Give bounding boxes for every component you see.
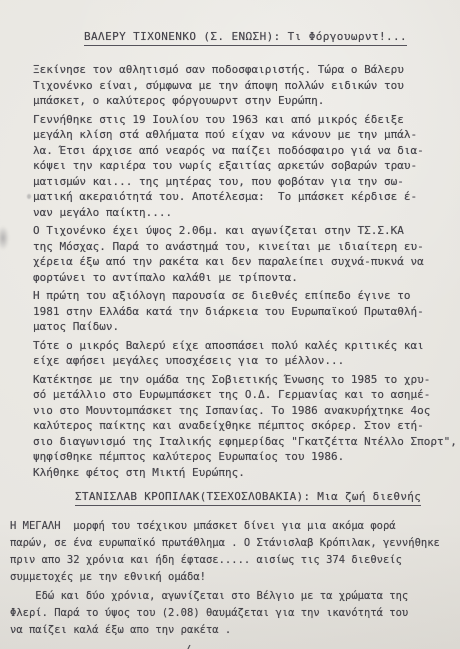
text-line: Γεννήθηκε στις 19 Ιουλίου του 1963 και α… [33, 112, 452, 128]
text-line: ματισμών και... της μητέρας του, που φοβ… [33, 174, 452, 190]
paragraph: Γεννήθηκε στις 19 Ιουλίου του 1963 και α… [33, 112, 452, 221]
text-line: συμμετοχές με την εθνική ομάδα! [10, 569, 456, 586]
section-tikhonenko-body: Ξεκίνησε τον αθλητισμό σαν ποδοσφαιριστή… [33, 62, 452, 480]
paragraph: Κατέκτησε με την ομάδα της Σοβιετικής Έν… [33, 372, 452, 481]
paragraph: Η πρώτη του αξιόλογη παρουσία σε διεθνές… [33, 288, 452, 335]
text-line: παρών, σε ένα ευρωπαϊκό πρωτάθλημα . Ο Σ… [10, 535, 456, 552]
text-line: ματική ακεραιότητά του. Αποτέλεσμα: Το μ… [33, 189, 452, 205]
paragraph: Η ΜΕΓΑΛΗ μορφή του τσέχικου μπάσκετ δίνε… [10, 518, 456, 586]
continuation-mark: ./. [175, 643, 460, 649]
text-line: 1981 στην Ελλάδα κατά την διάρκεια του Ε… [33, 304, 452, 320]
text-line: σό μετάλλιο στο Ευρωμπάσκετ της Ο.Δ. Γερ… [33, 387, 452, 403]
text-line: Ξεκίνησε τον αθλητισμό σαν ποδοσφαιριστή… [33, 62, 452, 78]
section-kropilak-body: Η ΜΕΓΑΛΗ μορφή του τσέχικου μπάσκετ δίνε… [10, 518, 456, 639]
text-line: να παίζει καλά έξω απο την ρακέτα . [10, 622, 456, 639]
text-line: καλύτερος παίκτης και αναδείχθηκε πέμπτο… [33, 418, 452, 434]
paragraph: Ξεκίνησε τον αθλητισμό σαν ποδοσφαιριστή… [33, 62, 452, 109]
text-line: μπάσκετ, ο καλύτερος φόργουωρντ στην Ευρ… [33, 93, 452, 109]
text-line: Φλερί. Παρά το ύψος του (2.08) θαυμάζετα… [10, 605, 456, 622]
paragraph: Εδώ και δύο χρόνια, αγωνίζεται στο Βέλγι… [10, 588, 456, 639]
text-line: της Μόσχας. Παρά το ανάστημά του, κινείτ… [33, 239, 452, 255]
paragraph: Ο Τιχονένκο έχει ύψος 2.06μ. και αγωνίζε… [33, 223, 452, 285]
text-line: νιο στο Μουντομπάσκετ της Ισπανίας. Το 1… [33, 403, 452, 419]
text-line: Εδώ και δύο χρόνια, αγωνίζεται στο Βέλγι… [10, 588, 456, 605]
text-line: κόψει την καριέρα του νωρίς εξαιτίας αρκ… [33, 158, 452, 174]
scanned-page: ΒΑΛΕΡΥ ΤΙΧΟΝΕΝΚΟ (Σ. ΕΝΩΣΗ): Τι Φόργουωρ… [0, 0, 460, 649]
paragraph: Τότε ο μικρός Βαλερύ είχε αποσπάσει πολύ… [33, 338, 452, 369]
text-line: ψηφίσθηκε πέμπτος καλύτερος Ευρωπαίος το… [33, 449, 452, 465]
text-line: χέρεια έξω από την ρακέτα και δεν παραλε… [33, 254, 452, 270]
text-line: ναν μεγάλο παίκτη.... [33, 205, 452, 221]
scan-smudge-icon [0, 226, 9, 250]
text-line: Η ΜΕΓΑΛΗ μορφή του τσέχικου μπάσκετ δίνε… [10, 518, 456, 535]
text-line: ματος Παίδων. [33, 319, 452, 335]
text-line: Τιχονένκο είναι, σύμφωνα με την άποψη πο… [33, 78, 452, 94]
text-line: Τότε ο μικρός Βαλερύ είχε αποσπάσει πολύ… [33, 338, 452, 354]
text-line: λα. Έτσι άρχισε από νεαρός να παίζει ποδ… [33, 143, 452, 159]
text-line: σιο διαγωνισμό της Ιταλικής εφημερίδας "… [33, 434, 452, 450]
text-line: είχε αφήσει μεγάλες υποσχέσεις για το μέ… [33, 353, 452, 369]
article-title-kropilak: ΣΤΑΝΙΣΛΑΒ ΚΡΟΠΙΛΑΚ(ΤΣΕΧΟΣΛΟΒΑΚΙΑ): Μια ζ… [75, 490, 421, 506]
text-line: Κλήθηκε φέτος στη Μικτή Ευρώπης. [33, 465, 452, 481]
article-title-tikhonenko: ΒΑΛΕΡΥ ΤΙΧΟΝΕΝΚΟ (Σ. ΕΝΩΣΗ): Τι Φόργουωρ… [84, 30, 407, 46]
text-line: μεγάλη κλίση στά αθλήματα πού είχαν να κ… [33, 127, 452, 143]
scan-smudge-icon [27, 194, 31, 199]
text-line: Η πρώτη του αξιόλογη παρουσία σε διεθνές… [33, 288, 452, 304]
heading-row-tikhonenko: ΒΑΛΕΡΥ ΤΙΧΟΝΕΝΚΟ (Σ. ΕΝΩΣΗ): Τι Φόργουωρ… [0, 0, 460, 44]
text-line: πριν απο 32 χρόνια και ήδη έφτασε..... α… [10, 552, 456, 569]
text-line: φορτώνει το αντίπαλο καλάθι με τρίποντα. [33, 270, 452, 286]
text-line: Κατέκτησε με την ομάδα της Σοβιετικής Έν… [33, 372, 452, 388]
text-line: Ο Τιχονένκο έχει ύψος 2.06μ. και αγωνίζε… [33, 223, 452, 239]
heading-row-kropilak: ΣΤΑΝΙΣΛΑΒ ΚΡΟΠΙΛΑΚ(ΤΣΕΧΟΣΛΟΒΑΚΙΑ): Μια ζ… [0, 485, 460, 504]
